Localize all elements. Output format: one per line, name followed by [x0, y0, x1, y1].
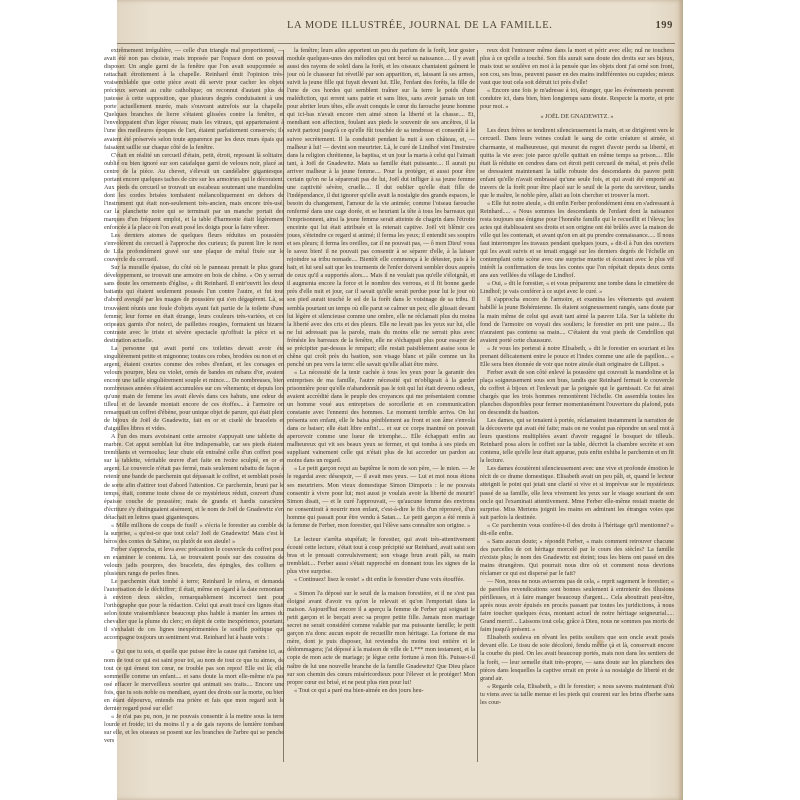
paragraph: « Regarde cela, Elisabeth, » dit le fore…	[480, 683, 674, 707]
paragraph: « Oui, » dit le forestier, « et vous pré…	[480, 280, 674, 296]
paragraph: « Continuez! lisez le reste! » dit enfin…	[287, 576, 475, 584]
paragraph: reux doit l'entourer même dans la mort e…	[480, 47, 674, 87]
paragraph: « Je n'ai pas pu, non, je ne pouvais con…	[104, 713, 284, 745]
paragraph: la fenêtre; leurs ailes apportent un peu…	[287, 47, 475, 369]
paragraph: « Le petit garçon reçut au baptême le no…	[287, 465, 475, 529]
paragraph: « Elle fut notre aïeule, » dit enfin Fer…	[480, 200, 674, 280]
paragraph: Elisabeth souleva en rêvant les petits s…	[480, 634, 674, 682]
paragraph: « Sans aucun doute; » répondit Ferber, «…	[480, 538, 674, 578]
paragraph: La personne qui avait porté ces toilette…	[104, 345, 284, 434]
newspaper-page: LA MODE ILLUSTRÉE, JOURNAL DE LA FAMILLE…	[117, 0, 683, 800]
journal-title: LA MODE ILLUSTRÉE, JOURNAL DE LA FAMILLE…	[287, 20, 553, 31]
paragraph: Les derniers atomes de quelques fleurs r…	[104, 232, 284, 264]
paragraph: extrêmement irrégulière, — celle d'un tr…	[104, 47, 284, 152]
paragraph: Le lecteur s'arrêta stupéfait; le forest…	[287, 536, 475, 576]
paragraph: Les deux frères se tendirent silencieuse…	[480, 127, 674, 199]
paragraph: « La nécessité de la tenir cachée à tous…	[287, 369, 475, 466]
page-header: LA MODE ILLUSTRÉE, JOURNAL DE LA FAMILLE…	[117, 20, 683, 36]
header-rule	[117, 43, 675, 44]
paragraph: « Mille millions de coups de fusil! » s'…	[104, 522, 284, 546]
paragraph: « Je vous les porterai à notre Elisabeth…	[480, 345, 674, 369]
paragraph: Ferber s'approcha, et leva avec précauti…	[104, 546, 284, 578]
paragraph: « Tout ce qui a paré ma bien-aimée en de…	[287, 687, 475, 695]
paragraph: — Non, nous ne nous aviserons pas de cel…	[480, 578, 674, 634]
paragraph: Les dames, qui se tenaient à portée, réc…	[480, 417, 674, 465]
paragraph: Les dames écoutèrent silencieusement ave…	[480, 465, 674, 521]
paragraph: C'était en réalité un cercueil d'étain, …	[104, 152, 284, 232]
column-1: extrêmement irrégulière, — celle d'un tr…	[104, 47, 284, 770]
paper-stain	[597, 640, 604, 645]
paragraph: « Ce parchemin vous confère-t-il des dro…	[480, 522, 674, 538]
text-columns: extrêmement irrégulière, — celle d'un tr…	[117, 47, 683, 770]
page-number: 199	[655, 20, 673, 31]
paragraph: Il s'approcha encore de l'armoire, et ex…	[480, 296, 674, 344]
paragraph: A l'un des murs avoisinant cette armoire…	[104, 433, 284, 522]
column-3: reux doit l'entourer même dans la mort e…	[480, 47, 674, 770]
paragraph: Ferber avait de son côté enlevé la pouss…	[480, 369, 674, 417]
paragraph: Le parchemin était tombé à terre; Reinha…	[104, 578, 284, 642]
column-2: la fenêtre; leurs ailes apportent un peu…	[287, 47, 475, 770]
signature: « JOËL DE GNADEWITZ. »	[480, 113, 674, 121]
paragraph: « Qui que tu sois, et quelle que puisse …	[104, 648, 284, 712]
paragraph: Sur la muraille épaisse, du côté où le p…	[104, 264, 284, 344]
paragraph: « Encore une fois je m'adresse à toi, ét…	[480, 87, 674, 111]
paragraph: « Simon l'a déposé sur le seuil de la ma…	[287, 590, 475, 687]
